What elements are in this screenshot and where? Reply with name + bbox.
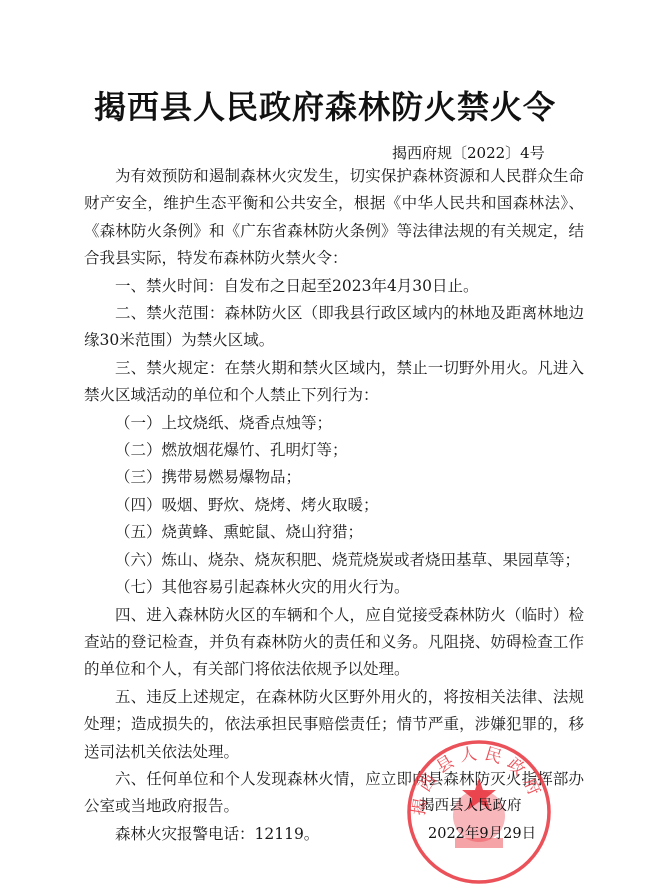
signature-block: 揭西县人民政府 2022年9月29日 <box>420 792 536 848</box>
section-1: 一、禁火时间：自发布之日起至2023年4月30日止。 <box>84 273 584 300</box>
issuer-name: 揭西县人民政府 <box>420 792 536 820</box>
prohibited-item: （七）其他容易引起森林火灾的用火行为。 <box>84 574 584 601</box>
section-2: 二、禁火范围：森林防火区（即我县行政区域内的林地及距离林地边缘30米范围）为禁火… <box>84 300 584 355</box>
intro-paragraph: 为有效预防和遏制森林火灾发生，切实保护森林资源和人民群众生命财产安全，维护生态平… <box>84 163 584 273</box>
prohibited-item: （一）上坟烧纸、烧香点烛等； <box>84 410 584 437</box>
issue-date: 2022年9月29日 <box>420 820 536 848</box>
prohibited-item: （三）携带易燃易爆物品； <box>84 464 584 491</box>
prohibited-item: （六）炼山、烧杂、烧灰积肥、烧荒烧炭或者烧田基草、果园草等； <box>84 547 584 574</box>
section-4: 四、进入森林防火区的车辆和个人，应自觉接受森林防火（临时）检查站的登记检查，并负… <box>84 602 584 684</box>
document-number: 揭西府规〔2022〕4号 <box>392 142 545 163</box>
prohibited-item: （四）吸烟、野炊、烧烤、烤火取暖； <box>84 492 584 519</box>
document-title: 揭西县人民政府森林防火禁火令 <box>0 82 650 128</box>
section-3: 三、禁火规定：在禁火期和禁火区域内，禁止一切野外用火。凡进入禁火区域活动的单位和… <box>84 355 584 410</box>
prohibited-item: （五）烧黄蜂、熏蛇鼠、烧山狩猎； <box>84 519 584 546</box>
prohibited-item: （二）燃放烟花爆竹、孔明灯等； <box>84 437 584 464</box>
